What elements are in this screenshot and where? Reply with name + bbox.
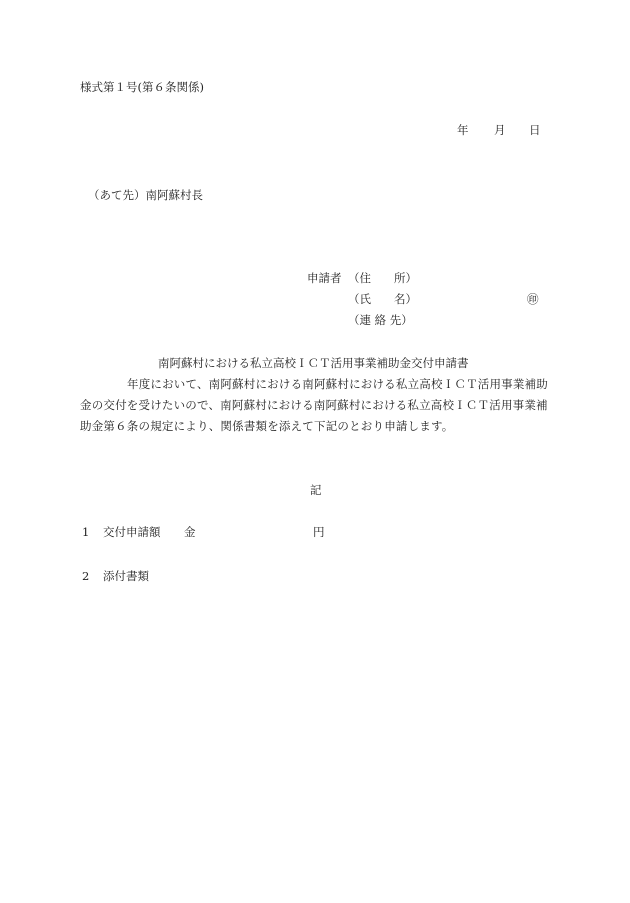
form-number: 様式第１号(第６条関係)	[80, 82, 204, 94]
contact-label: （連 絡 先）	[348, 315, 413, 327]
year-label: 年	[457, 125, 469, 137]
item-number: 1	[82, 527, 89, 539]
body-line: 助金第６条の規定により、関係書類を添えて下記のとおり申請します。	[80, 421, 453, 433]
amount-prefix: 金	[184, 527, 196, 539]
item-label: 添付書類	[103, 571, 149, 583]
applicant-label: 申請者	[307, 273, 342, 285]
seal-icon: ㊞	[527, 294, 539, 306]
month-label: 月	[494, 125, 506, 137]
item-label: 交付申請額	[103, 527, 161, 539]
ki-heading: 記	[310, 485, 322, 497]
name-label: （氏 名）	[348, 294, 417, 306]
body-line: 年度において、南阿蘇村における南阿蘇村における私立高校ＩＣＴ活用事業補助	[127, 379, 548, 391]
day-label: 日	[529, 125, 541, 137]
addressee: （あて先）南阿蘇村長	[88, 190, 203, 202]
address-label: （住 所）	[348, 273, 417, 285]
body-line: 金の交付を受けたいので、南阿蘇村における南阿蘇村における私立高校ＩＣＴ活用事業補	[80, 400, 548, 412]
document-title: 南阿蘇村における私立高校ＩＣＴ活用事業補助金交付申請書	[158, 358, 469, 370]
item-number: 2	[82, 571, 89, 583]
amount-suffix: 円	[313, 527, 325, 539]
